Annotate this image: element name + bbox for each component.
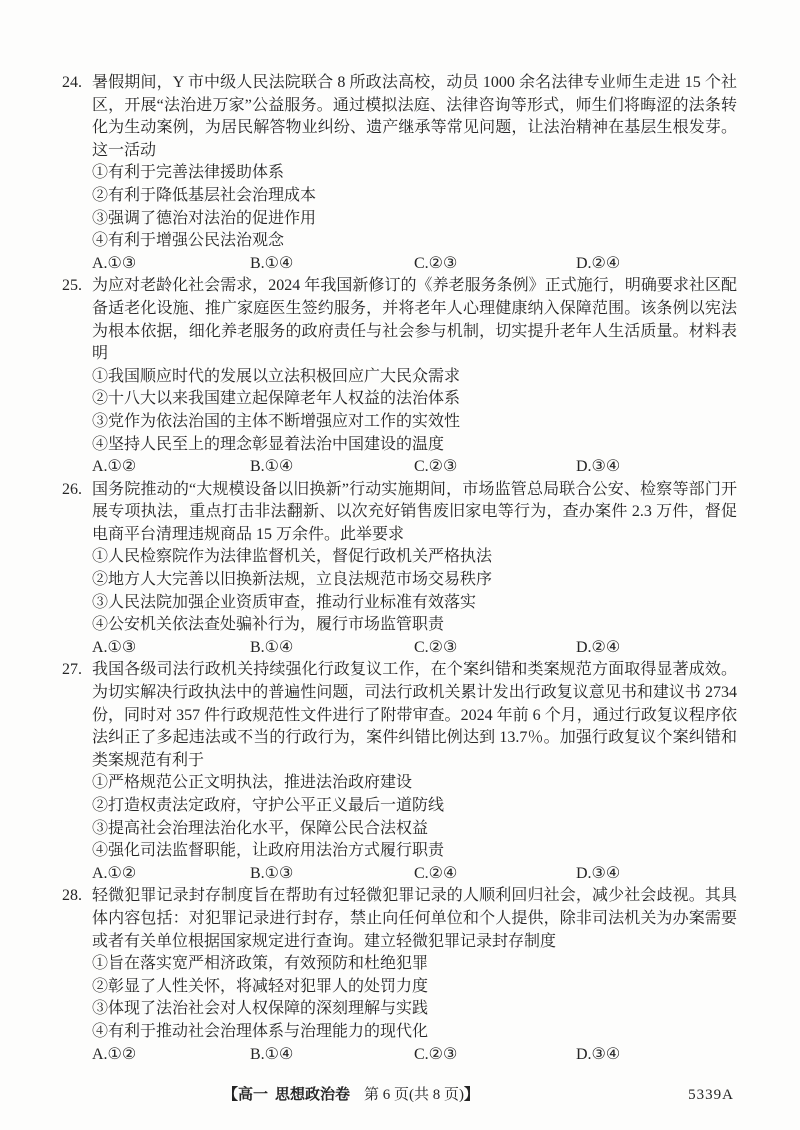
statement-4: ④公安机关依法查处骗补行为，履行市场监管职责 (92, 614, 737, 637)
option-c: C.②③ (414, 637, 576, 660)
option-d: D.③④ (576, 863, 737, 886)
question-number: 27. (62, 659, 92, 682)
option-c: C.②③ (414, 456, 576, 479)
statement-3: ③体现了法治社会对人权保障的深刻理解与实践 (92, 998, 737, 1021)
question-28: 28. 轻微犯罪记录封存制度旨在帮助有过轻微犯罪记录的人顺利回归社会，减少社会歧… (62, 885, 737, 1066)
statement-1: ①人民检察院作为法律监督机关，督促行政机关严格执法 (92, 546, 737, 569)
options-row: A.①② B.①④ C.②③ D.③④ (92, 1044, 737, 1067)
paper-code: 5339A (688, 1084, 734, 1106)
statement-2: ②有利于降低基层社会治理成本 (92, 185, 737, 208)
question-27: 27. 我国各级司法行政机关持续强化行政复议工作，在个案纠错和类案规范方面取得显… (62, 659, 737, 885)
option-d: D.③④ (576, 456, 737, 479)
question-stem: 暑假期间，Y 市中级人民法院联合 8 所政法高校，动员 1000 余名法律专业师… (92, 72, 737, 162)
question-body: 轻微犯罪记录封存制度旨在帮助有过轻微犯罪记录的人顺利回归社会，减少社会歧视。其具… (92, 885, 737, 1066)
option-a: A.①② (92, 456, 250, 479)
page-number: 第 6 页(共 8 页) (364, 1087, 464, 1103)
question-24: 24. 暑假期间，Y 市中级人民法院联合 8 所政法高校，动员 1000 余名法… (62, 72, 737, 275)
statement-3: ③人民法院加强企业资质审查，推动行业标准有效落实 (92, 592, 737, 615)
option-a: A.①③ (92, 637, 250, 660)
question-body: 暑假期间，Y 市中级人民法院联合 8 所政法高校，动员 1000 余名法律专业师… (92, 72, 737, 275)
grade-label: 高一 (238, 1086, 268, 1103)
options-row: A.①③ B.①④ C.②③ D.②④ (92, 637, 737, 660)
question-stem: 我国各级司法行政机关持续强化行政复议工作，在个案纠错和类案规范方面取得显著成效。… (92, 659, 737, 772)
option-b: B.①④ (250, 253, 414, 276)
footer-caption: 【高一思想政治卷第 6 页(共 8 页)】 (62, 1084, 640, 1106)
option-a: A.①② (92, 1044, 250, 1067)
question-stem: 国务院推动的“大规模设备以旧换新”行动实施期间，市场监管总局联合公安、检察等部门… (92, 479, 737, 547)
statement-1: ①我国顺应时代的发展以立法积极回应广大民众需求 (92, 366, 737, 389)
question-number: 25. (62, 275, 92, 298)
option-a: A.①③ (92, 253, 250, 276)
statement-2: ②打造权责法定政府，守护公平正义最后一道防线 (92, 795, 737, 818)
option-c: C.②③ (414, 253, 576, 276)
option-b: B.①④ (250, 456, 414, 479)
question-stem: 轻微犯罪记录封存制度旨在帮助有过轻微犯罪记录的人顺利回归社会，减少社会歧视。其具… (92, 885, 737, 953)
option-a: A.①② (92, 863, 250, 886)
exam-page: 24. 暑假期间，Y 市中级人民法院联合 8 所政法高校，动员 1000 余名法… (0, 0, 800, 1130)
option-d: D.②④ (576, 637, 737, 660)
statement-2: ②十八大以来我国建立起保障老年人权益的法治体系 (92, 388, 737, 411)
bracket-close: 】 (464, 1086, 479, 1103)
option-b: B.①③ (250, 863, 414, 886)
option-b: B.①④ (250, 637, 414, 660)
statement-4: ④有利于推动社会治理体系与治理能力的现代化 (92, 1021, 737, 1044)
option-b: B.①④ (250, 1044, 414, 1067)
question-26: 26. 国务院推动的“大规模设备以旧换新”行动实施期间，市场监管总局联合公安、检… (62, 479, 737, 660)
bracket-open: 【 (223, 1086, 238, 1103)
question-body: 我国各级司法行政机关持续强化行政复议工作，在个案纠错和类案规范方面取得显著成效。… (92, 659, 737, 885)
page-footer: 【高一思想政治卷第 6 页(共 8 页)】 5339A (0, 1084, 800, 1108)
options-row: A.①② B.①③ C.②④ D.③④ (92, 863, 737, 886)
statement-3: ③强调了德治对法治的促进作用 (92, 208, 737, 231)
question-25: 25. 为应对老龄化社会需求，2024 年我国新修订的《养老服务条例》正式施行，… (62, 275, 737, 478)
statement-1: ①有利于完善法律援助体系 (92, 162, 737, 185)
statement-4: ④坚持人民至上的理念彰显着法治中国建设的温度 (92, 434, 737, 457)
option-c: C.②③ (414, 1044, 576, 1067)
statement-1: ①旨在落实宽严相济政策，有效预防和杜绝犯罪 (92, 953, 737, 976)
question-body: 为应对老龄化社会需求，2024 年我国新修订的《养老服务条例》正式施行，明确要求… (92, 275, 737, 478)
option-d: D.③④ (576, 1044, 737, 1067)
options-row: A.①② B.①④ C.②③ D.③④ (92, 456, 737, 479)
option-c: C.②④ (414, 863, 576, 886)
statement-3: ③提高社会治理法治化水平，保障公民合法权益 (92, 818, 737, 841)
options-row: A.①③ B.①④ C.②③ D.②④ (92, 253, 737, 276)
statement-3: ③党作为依法治国的主体不断增强应对工作的实效性 (92, 411, 737, 434)
question-number: 28. (62, 885, 92, 908)
statement-1: ①严格规范公正文明执法，推进法治政府建设 (92, 772, 737, 795)
question-body: 国务院推动的“大规模设备以旧换新”行动实施期间，市场监管总局联合公安、检察等部门… (92, 479, 737, 660)
statement-4: ④强化司法监督职能，让政府用法治方式履行职责 (92, 840, 737, 863)
statement-4: ④有利于增强公民法治观念 (92, 230, 737, 253)
question-number: 24. (62, 72, 92, 95)
option-d: D.②④ (576, 253, 737, 276)
statement-2: ②彰显了人性关怀，将减轻对犯罪人的处罚力度 (92, 976, 737, 999)
question-stem: 为应对老龄化社会需求，2024 年我国新修订的《养老服务条例》正式施行，明确要求… (92, 275, 737, 365)
exam-title: 思想政治卷 (275, 1086, 350, 1103)
statement-2: ②地方人大完善以旧换新法规，立良法规范市场交易秩序 (92, 569, 737, 592)
question-number: 26. (62, 479, 92, 502)
